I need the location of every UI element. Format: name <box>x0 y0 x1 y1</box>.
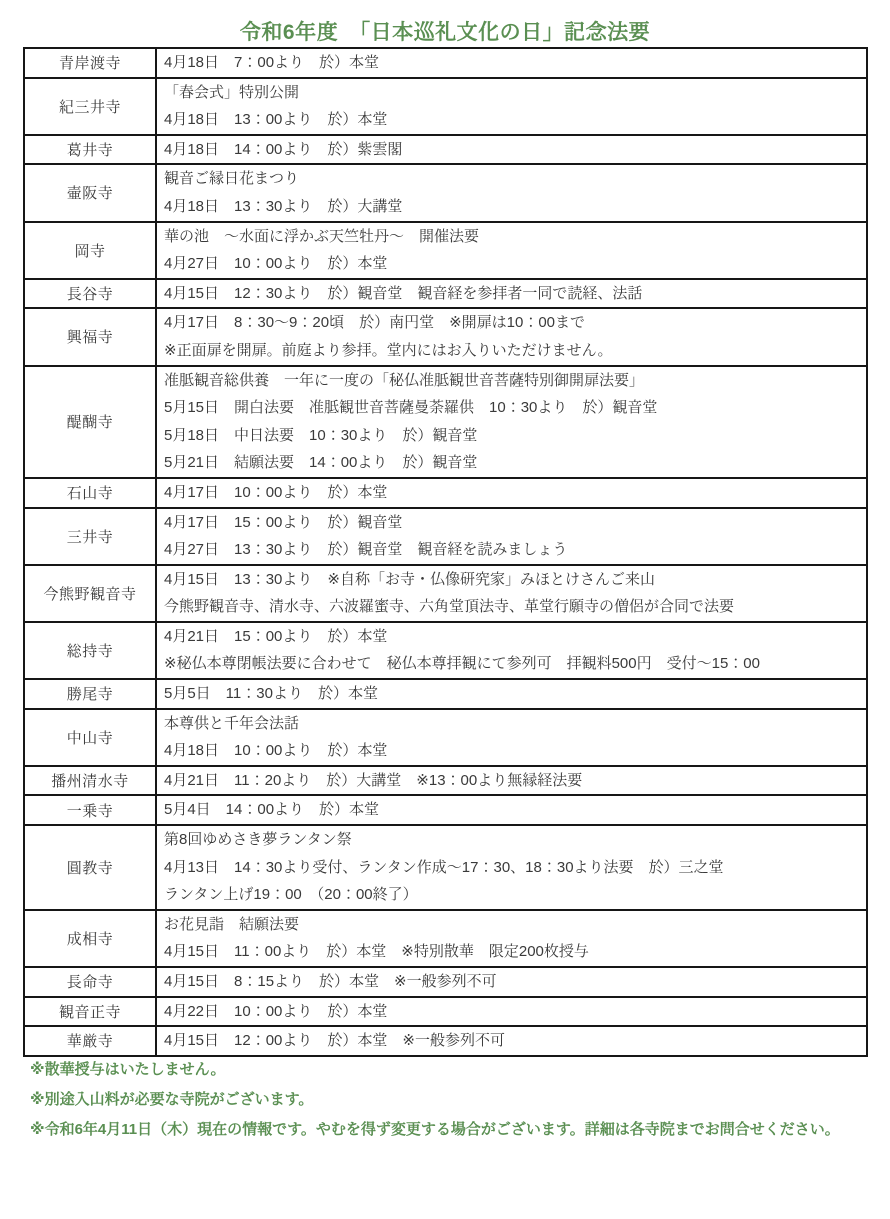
table-row: 成相寺お花見詣 結願法要4月15日 11：00より 於）本堂 ※特別散華 限定2… <box>24 910 867 967</box>
table-row: 今熊野観音寺4月15日 13：30より ※自称「お寺・仏像研究家」みほとけさんご… <box>24 565 867 622</box>
schedule-line: お花見詣 結願法要 <box>164 911 862 939</box>
table-row: 観音正寺4月22日 10：00より 於）本堂 <box>24 997 867 1027</box>
schedule-line: 4月18日 7：00より 於）本堂 <box>164 49 862 77</box>
schedule-cell: 4月21日 15：00より 於）本堂※秘仏本尊閉帳法要に合わせて 秘仏本尊拝観に… <box>156 622 867 679</box>
schedule-cell: 4月15日 12：30より 於）観音堂 観音経を参拝者一同で読経、法話 <box>156 279 867 309</box>
schedule-line: ※正面扉を開扉。前庭より参拝。堂内にはお入りいただけません。 <box>164 337 862 365</box>
temple-name-cell: 成相寺 <box>24 910 156 967</box>
schedule-cell: 「春会式」特別公開4月18日 13：00より 於）本堂 <box>156 78 867 135</box>
temple-name-cell: 紀三井寺 <box>24 78 156 135</box>
temple-name-cell: 葛井寺 <box>24 135 156 165</box>
schedule-line: ※秘仏本尊閉帳法要に合わせて 秘仏本尊拝観にて参列可 拝観料500円 受付～15… <box>164 650 862 678</box>
schedule-line: 本尊供と千年会法話 <box>164 710 862 738</box>
schedule-line: 「春会式」特別公開 <box>164 79 862 107</box>
table-row: 圓教寺第8回ゆめさき夢ランタン祭4月13日 14：30より受付、ランタン作成～1… <box>24 825 867 910</box>
table-row: 中山寺本尊供と千年会法話4月18日 10：00より 於）本堂 <box>24 709 867 766</box>
table-row: 一乗寺5月4日 14：00より 於）本堂 <box>24 795 867 825</box>
schedule-line: 4月13日 14：30より受付、ランタン作成～17：30、18：30より法要 於… <box>164 854 862 882</box>
schedule-line: 4月15日 13：30より ※自称「お寺・仏像研究家」みほとけさんご来山 <box>164 566 862 594</box>
temple-name-cell: 長命寺 <box>24 967 156 997</box>
table-row: 勝尾寺5月5日 11：30より 於）本堂 <box>24 679 867 709</box>
temple-name-cell: 播州清水寺 <box>24 766 156 796</box>
schedule-cell: 4月17日 15：00より 於）観音堂4月27日 13：30より 於）観音堂 観… <box>156 508 867 565</box>
temple-name-cell: 観音正寺 <box>24 997 156 1027</box>
schedule-cell: 4月15日 13：30より ※自称「お寺・仏像研究家」みほとけさんご来山今熊野観… <box>156 565 867 622</box>
schedule-line: 観音ご縁日花まつり <box>164 165 862 193</box>
footnote: ※令和6年4月11日（木）現在の情報です。やむを得ず変更する場合がございます。詳… <box>30 1121 870 1138</box>
schedule-cell: 4月15日 8：15より 於）本堂 ※一般参列不可 <box>156 967 867 997</box>
temple-name-cell: 圓教寺 <box>24 825 156 910</box>
schedule-cell: 4月18日 7：00より 於）本堂 <box>156 48 867 78</box>
footnote: ※散華授与はいたしません。 <box>30 1061 870 1078</box>
table-row: 総持寺4月21日 15：00より 於）本堂※秘仏本尊閉帳法要に合わせて 秘仏本尊… <box>24 622 867 679</box>
temple-name-cell: 長谷寺 <box>24 279 156 309</box>
temple-name-cell: 壷阪寺 <box>24 164 156 221</box>
schedule-cell: 本尊供と千年会法話4月18日 10：00より 於）本堂 <box>156 709 867 766</box>
schedule-line: 4月15日 12：30より 於）観音堂 観音経を参拝者一同で読経、法話 <box>164 280 862 308</box>
schedule-cell: 4月18日 14：00より 於）紫雲閣 <box>156 135 867 165</box>
table-row: 長命寺4月15日 8：15より 於）本堂 ※一般参列不可 <box>24 967 867 997</box>
schedule-line: 准胝観音総供養 一年に一度の「秘仏准胝観世音菩薩特別御開扉法要」 <box>164 367 862 395</box>
schedule-line: 4月17日 8：30～9：20頃 於）南円堂 ※開扉は10：00まで <box>164 309 862 337</box>
table-row: 壷阪寺観音ご縁日花まつり4月18日 13：30より 於）大講堂 <box>24 164 867 221</box>
temple-name-cell: 青岸渡寺 <box>24 48 156 78</box>
table-row: 長谷寺4月15日 12：30より 於）観音堂 観音経を参拝者一同で読経、法話 <box>24 279 867 309</box>
schedule-line: 第8回ゆめさき夢ランタン祭 <box>164 826 862 854</box>
schedule-line: 4月17日 10：00より 於）本堂 <box>164 479 862 507</box>
schedule-line: 4月15日 12：00より 於）本堂 ※一般参列不可 <box>164 1027 862 1055</box>
schedule-line: 4月15日 11：00より 於）本堂 ※特別散華 限定200枚授与 <box>164 938 862 966</box>
schedule-cell: 華の池 ～水面に浮かぶ天竺牡丹～ 開催法要4月27日 10：00より 於）本堂 <box>156 222 867 279</box>
schedule-table: 青岸渡寺4月18日 7：00より 於）本堂紀三井寺「春会式」特別公開4月18日 … <box>23 47 868 1057</box>
temple-name-cell: 勝尾寺 <box>24 679 156 709</box>
schedule-cell: 4月17日 10：00より 於）本堂 <box>156 478 867 508</box>
table-row: 石山寺4月17日 10：00より 於）本堂 <box>24 478 867 508</box>
schedule-line: 4月27日 10：00より 於）本堂 <box>164 250 862 278</box>
schedule-line: 4月18日 13：30より 於）大講堂 <box>164 193 862 221</box>
table-row: 青岸渡寺4月18日 7：00より 於）本堂 <box>24 48 867 78</box>
table-row: 葛井寺4月18日 14：00より 於）紫雲閣 <box>24 135 867 165</box>
table-row: 華厳寺4月15日 12：00より 於）本堂 ※一般参列不可 <box>24 1026 867 1056</box>
schedule-line: 5月5日 11：30より 於）本堂 <box>164 680 862 708</box>
footnote: ※別途入山料が必要な寺院がございます。 <box>30 1091 870 1108</box>
schedule-line: 4月18日 14：00より 於）紫雲閣 <box>164 136 862 164</box>
footnotes: ※散華授与はいたしません。 ※別途入山料が必要な寺院がございます。 ※令和6年4… <box>30 1061 870 1151</box>
schedule-cell: 第8回ゆめさき夢ランタン祭4月13日 14：30より受付、ランタン作成～17：3… <box>156 825 867 910</box>
schedule-table-body: 青岸渡寺4月18日 7：00より 於）本堂紀三井寺「春会式」特別公開4月18日 … <box>24 48 867 1056</box>
schedule-line: 4月27日 13：30より 於）観音堂 観音経を読みましょう <box>164 536 862 564</box>
table-row: 醍醐寺准胝観音総供養 一年に一度の「秘仏准胝観世音菩薩特別御開扉法要」5月15日… <box>24 366 867 478</box>
schedule-cell: 4月21日 11：20より 於）大講堂 ※13：00より無縁経法要 <box>156 766 867 796</box>
schedule-line: ランタン上げ19：00 （20：00終了） <box>164 881 862 909</box>
temple-name-cell: 岡寺 <box>24 222 156 279</box>
temple-name-cell: 総持寺 <box>24 622 156 679</box>
table-row: 播州清水寺4月21日 11：20より 於）大講堂 ※13：00より無縁経法要 <box>24 766 867 796</box>
table-row: 岡寺華の池 ～水面に浮かぶ天竺牡丹～ 開催法要4月27日 10：00より 於）本… <box>24 222 867 279</box>
temple-name-cell: 華厳寺 <box>24 1026 156 1056</box>
schedule-cell: 5月5日 11：30より 於）本堂 <box>156 679 867 709</box>
schedule-line: 5月18日 中日法要 10：30より 於）観音堂 <box>164 422 862 450</box>
temple-name-cell: 醍醐寺 <box>24 366 156 478</box>
schedule-cell: 4月15日 12：00より 於）本堂 ※一般参列不可 <box>156 1026 867 1056</box>
schedule-cell: 5月4日 14：00より 於）本堂 <box>156 795 867 825</box>
schedule-cell: 観音ご縁日花まつり4月18日 13：30より 於）大講堂 <box>156 164 867 221</box>
schedule-line: 4月15日 8：15より 於）本堂 ※一般参列不可 <box>164 968 862 996</box>
schedule-line: 4月18日 10：00より 於）本堂 <box>164 737 862 765</box>
table-row: 興福寺4月17日 8：30～9：20頃 於）南円堂 ※開扉は10：00まで※正面… <box>24 308 867 365</box>
temple-name-cell: 興福寺 <box>24 308 156 365</box>
temple-name-cell: 中山寺 <box>24 709 156 766</box>
schedule-line: 4月21日 15：00より 於）本堂 <box>164 623 862 651</box>
page-title: 令和6年度 「日本巡礼文化の日」記念法要 <box>0 0 890 46</box>
schedule-cell: 准胝観音総供養 一年に一度の「秘仏准胝観世音菩薩特別御開扉法要」5月15日 開白… <box>156 366 867 478</box>
schedule-line: 華の池 ～水面に浮かぶ天竺牡丹～ 開催法要 <box>164 223 862 251</box>
document-page: 令和6年度 「日本巡礼文化の日」記念法要 青岸渡寺4月18日 7：00より 於）… <box>0 0 890 1219</box>
table-row: 三井寺4月17日 15：00より 於）観音堂4月27日 13：30より 於）観音… <box>24 508 867 565</box>
temple-name-cell: 石山寺 <box>24 478 156 508</box>
schedule-line: 4月22日 10：00より 於）本堂 <box>164 998 862 1026</box>
schedule-line: 4月21日 11：20より 於）大講堂 ※13：00より無縁経法要 <box>164 767 862 795</box>
schedule-line: 5月15日 開白法要 准胝観世音菩薩曼荼羅供 10：30より 於）観音堂 <box>164 394 862 422</box>
table-row: 紀三井寺「春会式」特別公開4月18日 13：00より 於）本堂 <box>24 78 867 135</box>
schedule-line: 4月17日 15：00より 於）観音堂 <box>164 509 862 537</box>
schedule-cell: 4月17日 8：30～9：20頃 於）南円堂 ※開扉は10：00まで※正面扉を開… <box>156 308 867 365</box>
schedule-line: 4月18日 13：00より 於）本堂 <box>164 106 862 134</box>
schedule-cell: 4月22日 10：00より 於）本堂 <box>156 997 867 1027</box>
schedule-line: 5月4日 14：00より 於）本堂 <box>164 796 862 824</box>
temple-name-cell: 一乗寺 <box>24 795 156 825</box>
temple-name-cell: 三井寺 <box>24 508 156 565</box>
schedule-cell: お花見詣 結願法要4月15日 11：00より 於）本堂 ※特別散華 限定200枚… <box>156 910 867 967</box>
schedule-line: 5月21日 結願法要 14：00より 於）観音堂 <box>164 449 862 477</box>
temple-name-cell: 今熊野観音寺 <box>24 565 156 622</box>
schedule-line: 今熊野観音寺、清水寺、六波羅蜜寺、六角堂頂法寺、革堂行願寺の僧侶が合同で法要 <box>164 593 862 621</box>
